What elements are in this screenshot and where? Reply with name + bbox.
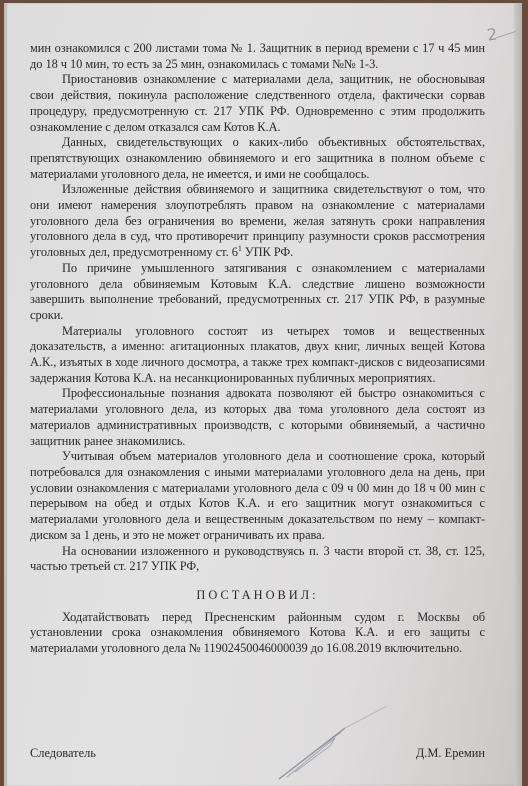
- signer-role: Следователь: [30, 746, 96, 761]
- paragraph-8: Учитывая объем материалов уголовного дел…: [30, 449, 485, 543]
- paragraph-1: мин ознакомился с 200 листами тома № 1. …: [30, 41, 485, 72]
- document-body: мин ознакомился с 200 листами тома № 1. …: [30, 41, 485, 657]
- paragraph-4: Изложенные действия обвиняемого и защитн…: [30, 182, 485, 261]
- resolution-paragraph: Ходатайствовать перед Пресненским районн…: [30, 610, 485, 657]
- handwritten-page-number: 2: [486, 24, 499, 44]
- paragraph-7: Профессиональные познания адвоката позво…: [30, 386, 485, 449]
- paragraph-5: По причине умышленного затягивания с озн…: [30, 261, 485, 324]
- handwritten-signature-icon: [275, 706, 395, 781]
- page-left-edge: [4, 3, 7, 786]
- signer-name: Д.М. Еремин: [416, 746, 485, 761]
- resolution-heading: ПОСТАНОВИЛ:: [30, 588, 485, 604]
- paragraph-3: Данных, свидетельствующих о каких-либо о…: [30, 135, 485, 182]
- paragraph-4-text-b: УПК РФ.: [242, 245, 293, 259]
- paragraph-9: На основании изложенного и руководствуяс…: [30, 544, 485, 575]
- paragraph-6: Материалы уголовного состоят из четырех …: [30, 324, 485, 387]
- signature-row: Следователь Д.М. Еремин: [30, 746, 485, 761]
- paragraph-2: Приостановив ознакомление с материалами …: [30, 72, 485, 135]
- page-right-edge: [514, 3, 522, 786]
